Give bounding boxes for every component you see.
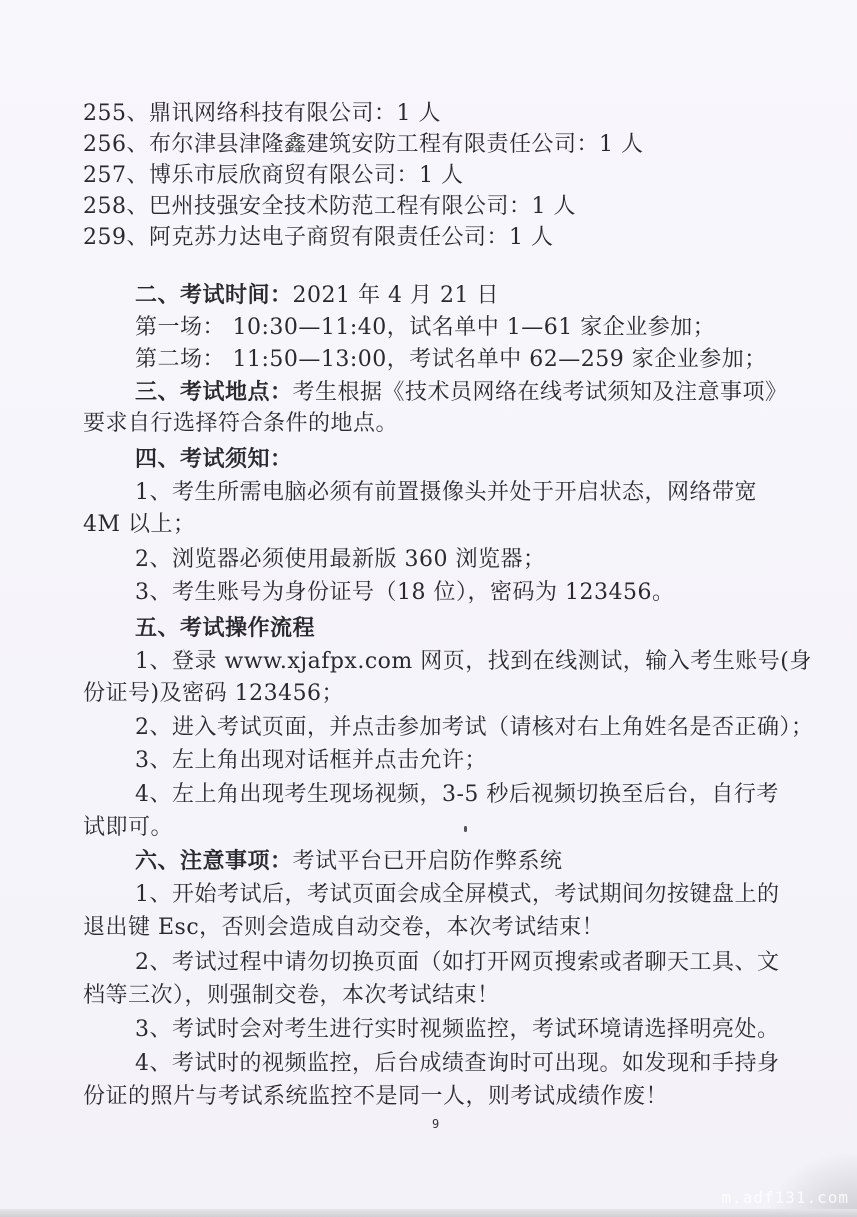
section-heading-line: 六、注意事项：考试平台已开启防作弊系统 xyxy=(135,846,563,877)
section-text: 要求自行选择符合条件的地点。 xyxy=(83,409,398,439)
session-line: 第一场： 10:30—11:40，试名单中 1—61 家企业参加； xyxy=(135,313,715,343)
precaution-item: 2、考试过程中请勿切换页面（如打开网页搜索或者聊天工具、文 xyxy=(135,948,780,978)
list-item: 255、鼎讯网络科技有限公司：1 人 xyxy=(83,99,441,129)
note-item: 1、考生所需电脑必须有前置摄像头并处于开启状态，网络带宽 xyxy=(135,478,757,508)
precaution-item: 4、考试时的视频监控，后台成绩查询时可出现。如发现和手持身 xyxy=(135,1049,780,1079)
section-heading-line: 三、考试地点：考生根据《技术员网络在线考试须知及注意事项》 xyxy=(135,377,788,408)
company-name: 巴州技强安全技术防范工程有限公司： xyxy=(149,194,532,219)
list-item: 259、阿克苏力达电子商贸有限责任公司：1 人 xyxy=(83,223,554,253)
scan-speck xyxy=(464,826,467,832)
participant-count: 1 人 xyxy=(419,163,464,188)
participant-count: 1 人 xyxy=(599,132,644,157)
procedure-step: 3、左上角出现对话框并点击允许； xyxy=(135,746,487,776)
precaution-item-continued: 份证的照片与考试系统监控不是同一人，则考试成绩作废！ xyxy=(83,1082,668,1112)
precaution-item-continued: 档等三次），则强制交卷，本次考试结束！ xyxy=(83,981,500,1011)
list-item: 258、巴州技强安全技术防范工程有限公司：1 人 xyxy=(83,192,576,222)
watermark: m.adf131.com xyxy=(721,1188,849,1207)
section-heading: 五、考试操作流程 xyxy=(135,613,315,643)
precaution-item: 1、开始考试后，考试页面会成全屏模式，考试期间勿按键盘上的 xyxy=(135,880,780,910)
procedure-step-continued: 试即可。 xyxy=(83,813,173,843)
section-heading: 三、考试地点： xyxy=(135,379,293,405)
precaution-item-continued: 退出键 Esc，否则会造成自动交卷，本次考试结束！ xyxy=(83,913,604,943)
company-name: 鼎讯网络科技有限公司： xyxy=(149,101,397,126)
company-name: 博乐市辰欣商贸有限公司： xyxy=(149,163,419,188)
procedure-step: 1、登录 www.xjafpx.com 网页，找到在线测试，输入考生账号(身 xyxy=(135,647,812,677)
note-item: 3、考生账号为身份证号（18 位），密码为 123456。 xyxy=(135,578,674,608)
section-heading: 二、考试时间： xyxy=(135,282,293,308)
procedure-step: 4、左上角出现考生现场视频，3-5 秒后视频切换至后台，自行考 xyxy=(135,780,779,810)
item-number: 259、 xyxy=(83,225,149,250)
procedure-step: 2、进入考试页面，并点击参加考试（请核对右上角姓名是否正确）； xyxy=(135,713,814,743)
company-name: 阿克苏力达电子商贸有限责任公司： xyxy=(149,225,509,250)
item-number: 257、 xyxy=(83,163,149,188)
section-text: 考生根据《技术员网络在线考试须知及注意事项》 xyxy=(293,380,788,405)
participant-count: 1 人 xyxy=(397,101,442,126)
page-bottom-edge xyxy=(0,1209,857,1217)
item-number: 256、 xyxy=(83,132,149,157)
note-item: 2、浏览器必须使用最新版 360 浏览器； xyxy=(135,545,545,575)
item-number: 258、 xyxy=(83,194,149,219)
section-heading: 四、考试须知： xyxy=(135,444,293,474)
section-heading-line: 二、考试时间：2021 年 4 月 21 日 xyxy=(135,280,499,311)
item-number: 255、 xyxy=(83,101,149,126)
list-item: 256、布尔津县津隆鑫建筑安防工程有限责任公司：1 人 xyxy=(83,130,644,160)
note-item-continued: 4M 以上； xyxy=(83,510,196,540)
exam-date: 2021 年 4 月 21 日 xyxy=(293,283,499,308)
procedure-step-continued: 份证号)及密码 123456； xyxy=(83,679,344,709)
section-text: 考试平台已开启防作弊系统 xyxy=(293,849,563,874)
document-page: 255、鼎讯网络科技有限公司：1 人 256、布尔津县津隆鑫建筑安防工程有限责任… xyxy=(0,0,857,1217)
page-number: 9 xyxy=(432,1117,439,1131)
precaution-item: 3、考试时会对考生进行实时视频监控，考试环境请选择明亮处。 xyxy=(135,1015,780,1045)
list-item: 257、博乐市辰欣商贸有限公司：1 人 xyxy=(83,161,464,191)
session-line: 第二场： 11:50—13:00，考试名单中 62—259 家企业参加； xyxy=(135,345,767,375)
section-heading: 六、注意事项： xyxy=(135,848,293,874)
participant-count: 1 人 xyxy=(532,194,577,219)
participant-count: 1 人 xyxy=(509,225,554,250)
company-name: 布尔津县津隆鑫建筑安防工程有限责任公司： xyxy=(149,132,599,157)
